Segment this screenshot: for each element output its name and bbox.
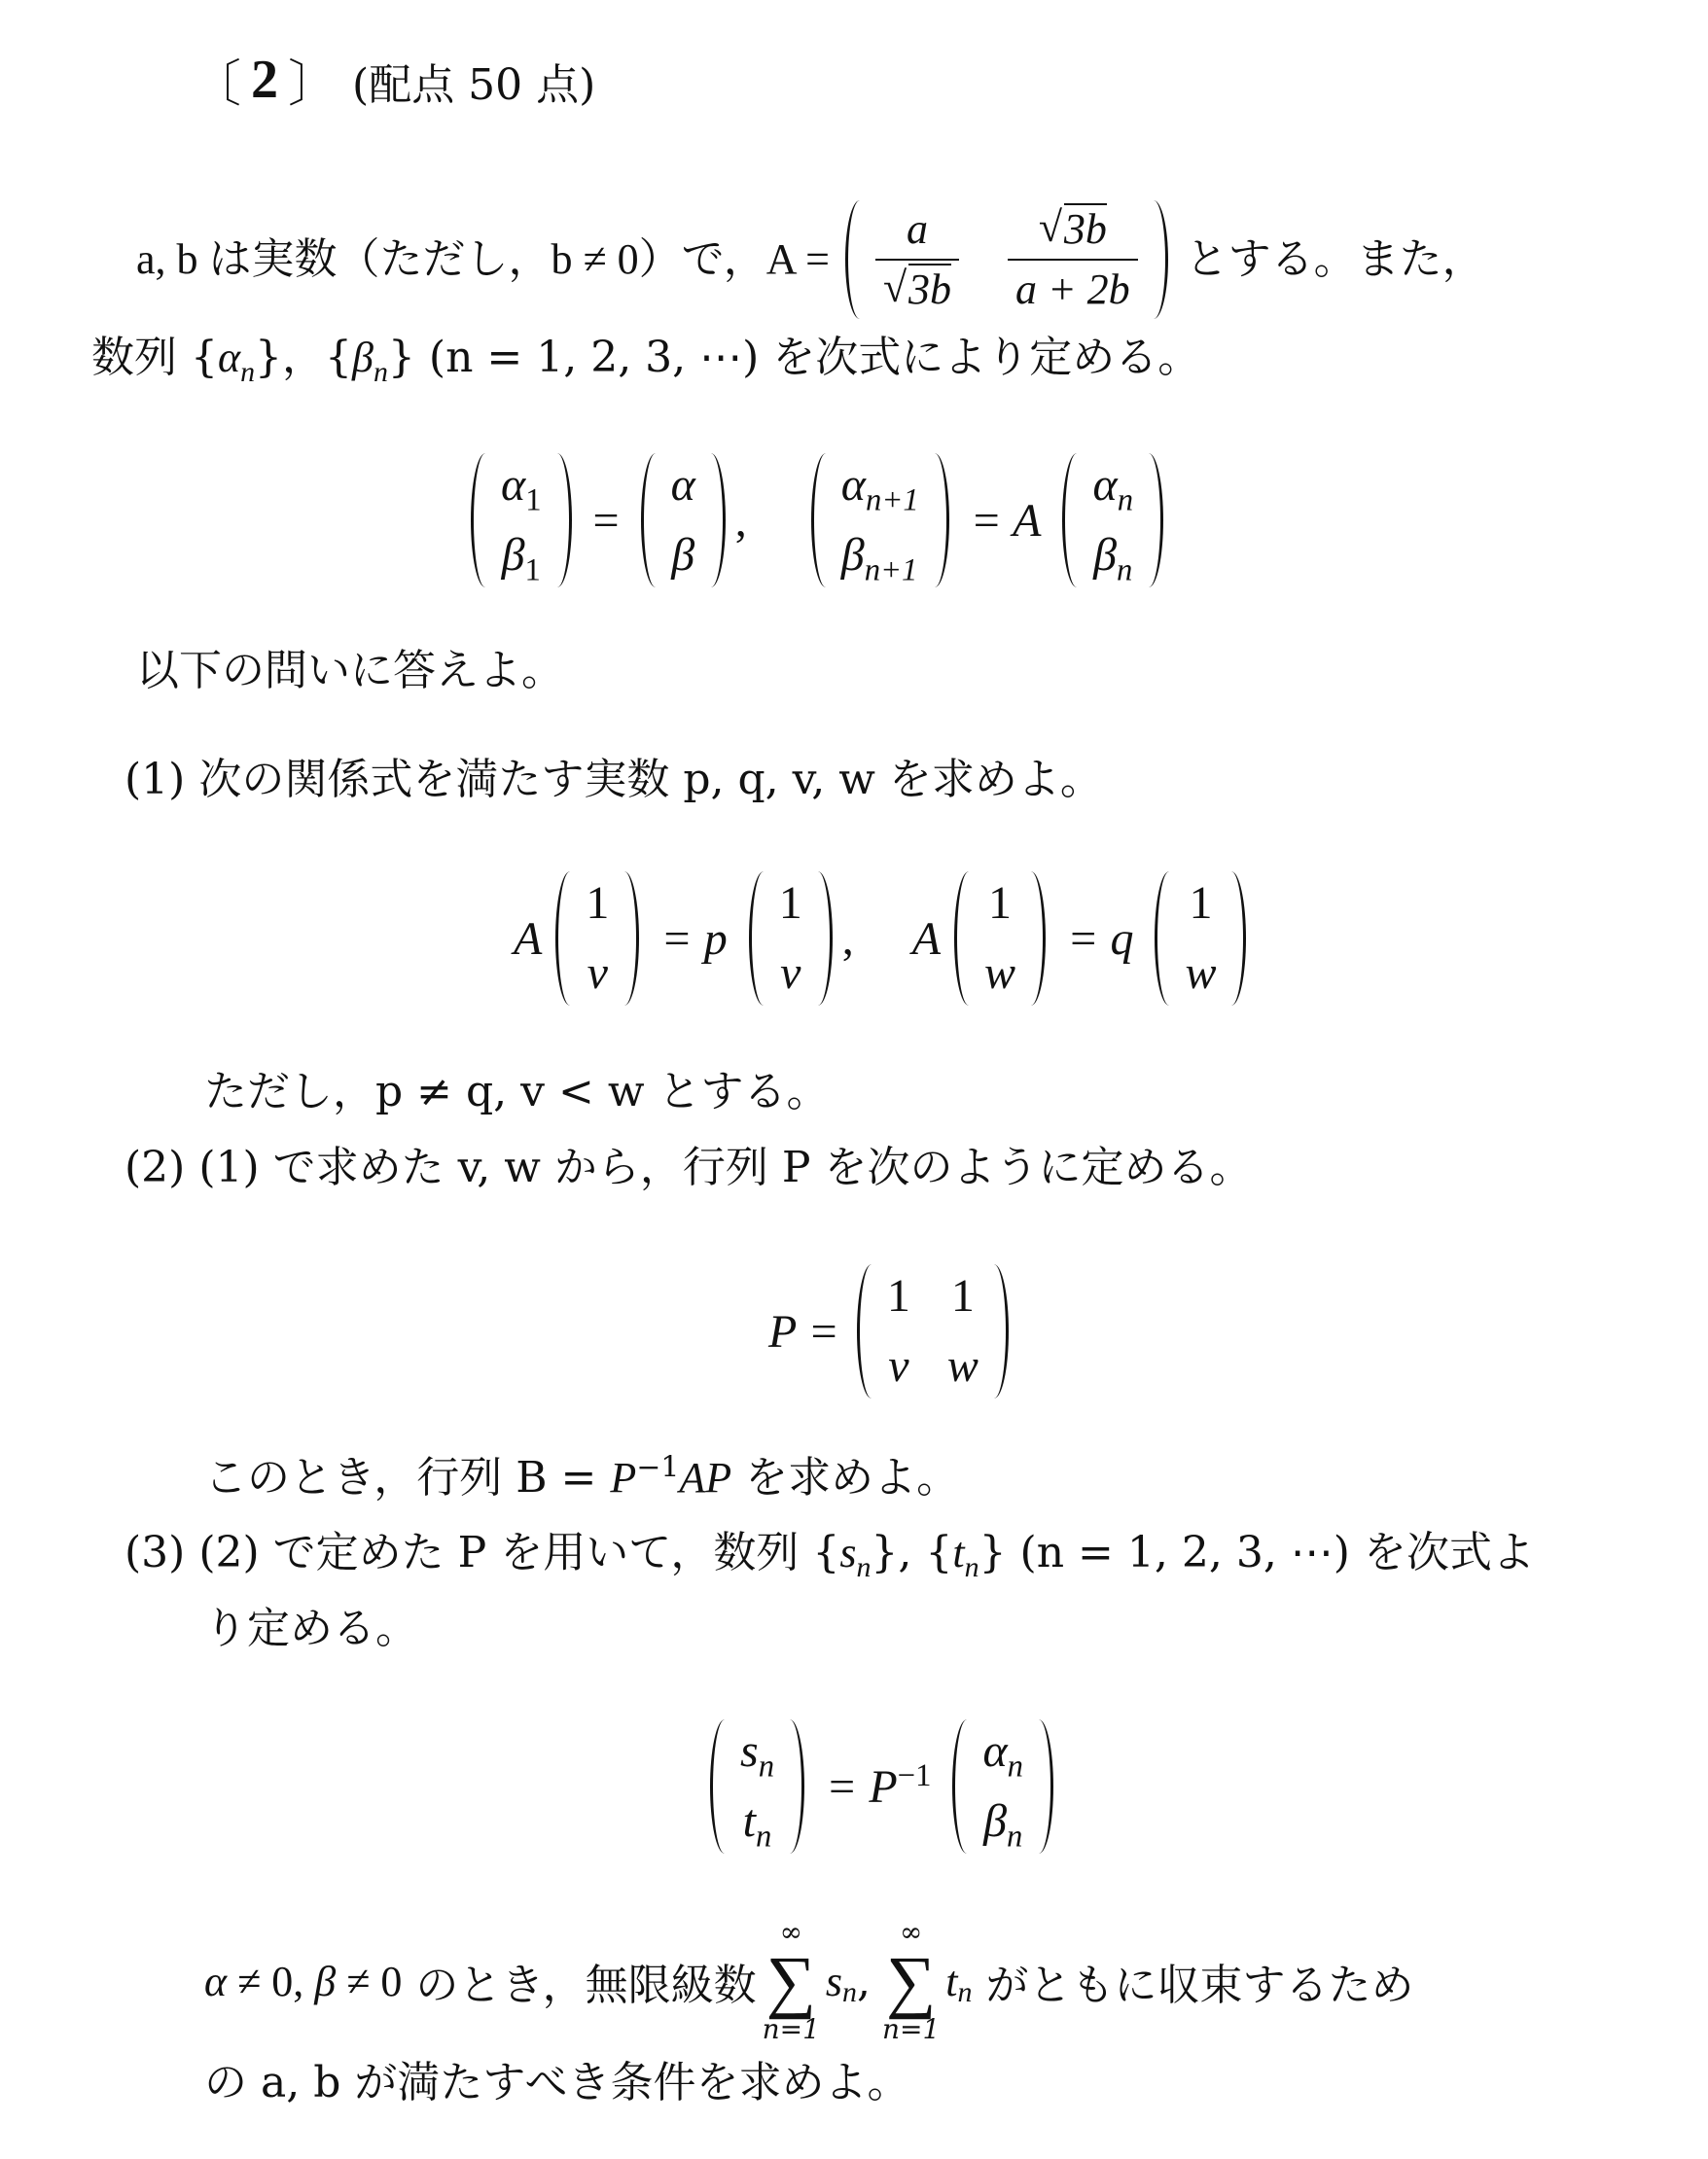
question-3: (3)(2) で定めた P を用いて，数列 {sn}, {tn} (n = 1,… — [125, 1524, 1535, 1582]
question-2-label: (2) — [125, 1143, 185, 1192]
recurrence-equation: α1 β1 = α β , αn+1 βn+1 = A αn βn — [465, 453, 1169, 587]
summation-s: ∞ ∑ n=1 — [763, 1918, 820, 2044]
intro-text-post: とする。また， — [1186, 230, 1485, 289]
vector-alpha-beta-n: αn βn — [952, 1719, 1053, 1854]
question-1-label: (1) — [125, 755, 185, 804]
question-2: (2)(1) で求めた v, w から，行列 P を次のように定める。 — [125, 1139, 1252, 1197]
problem-header: 〔 2 〕 (配点 50 点) — [191, 43, 595, 116]
question-2-ask: このとき，行列 B = P−1AP を求めよ。 — [204, 1449, 959, 1507]
question-3-line-2: り定める。 — [204, 1600, 418, 1658]
matrix-P: 1 1 v w — [857, 1264, 1009, 1398]
sigma-icon: ∑ — [886, 1947, 936, 2015]
vector-s-t: sn tn — [710, 1719, 804, 1854]
eigen-equation: A 1 v = p 1 v , A 1 w = q 1 w — [514, 871, 1252, 1006]
matrix-P-definition: P = 1 1 v w — [768, 1264, 1014, 1398]
vector-alpha-beta-n-plus-1: αn+1 βn+1 — [811, 453, 949, 587]
sqrt-symbol: 3b — [883, 265, 951, 315]
series-condition: α ≠ 0, β ≠ 0 のとき，無限級数 ∞ ∑ n=1 sn , ∞ ∑ n… — [204, 1918, 1413, 2044]
problem-number: 2 — [251, 49, 278, 111]
sigma-icon: ∑ — [766, 1947, 816, 2015]
intro-line-1: a, b は実数（ただし，b ≠ 0）で，A = a 3b 3b a + 2b … — [136, 200, 1485, 319]
vector-alpha-beta: α β — [641, 453, 726, 587]
a12-fraction: 3b a + 2b — [1008, 204, 1138, 315]
question-3-final-line: の a, b が満たすべき条件を求めよ。 — [204, 2054, 909, 2112]
question-1-text: 次の関係式を満たす実数 p, q, v, w を求めよ。 — [198, 755, 1103, 804]
a11-fraction: a 3b — [875, 204, 959, 315]
bracket-open: 〔 — [191, 43, 241, 116]
question-1: (1)次の関係式を満たす実数 p, q, v, w を求めよ。 — [125, 751, 1103, 809]
question-2-text: (1) で求めた v, w から，行列 P を次のように定める。 — [198, 1143, 1252, 1192]
question-1-note: ただし，p ≠ q, v < w とする。 — [204, 1063, 830, 1121]
intro-text-pre: a, b は実数（ただし，b ≠ 0）で，A = — [136, 230, 830, 289]
instruction-text: 以下の問いに答えよ。 — [136, 642, 564, 700]
left-paren — [845, 200, 870, 319]
intro-line-2: 数列 {αn}，{βn} (n = 1, 2, 3, ⋯) を次式により定める。 — [91, 329, 1200, 387]
question-3-label: (3) — [125, 1528, 185, 1577]
matrix-A: a 3b 3b a + 2b — [845, 200, 1168, 319]
right-paren — [1144, 200, 1168, 319]
transform-equation: sn tn = P−1 αn βn — [704, 1719, 1059, 1854]
sqrt-symbol: 3b — [1039, 204, 1107, 255]
summation-t: ∞ ∑ n=1 — [882, 1918, 940, 2044]
vector-alpha1-beta1: α1 β1 — [471, 453, 572, 587]
bracket-close: 〕 — [288, 43, 338, 116]
vector-alpha-beta-n: αn βn — [1062, 453, 1163, 587]
points-label: (配点 50 点) — [352, 56, 595, 115]
